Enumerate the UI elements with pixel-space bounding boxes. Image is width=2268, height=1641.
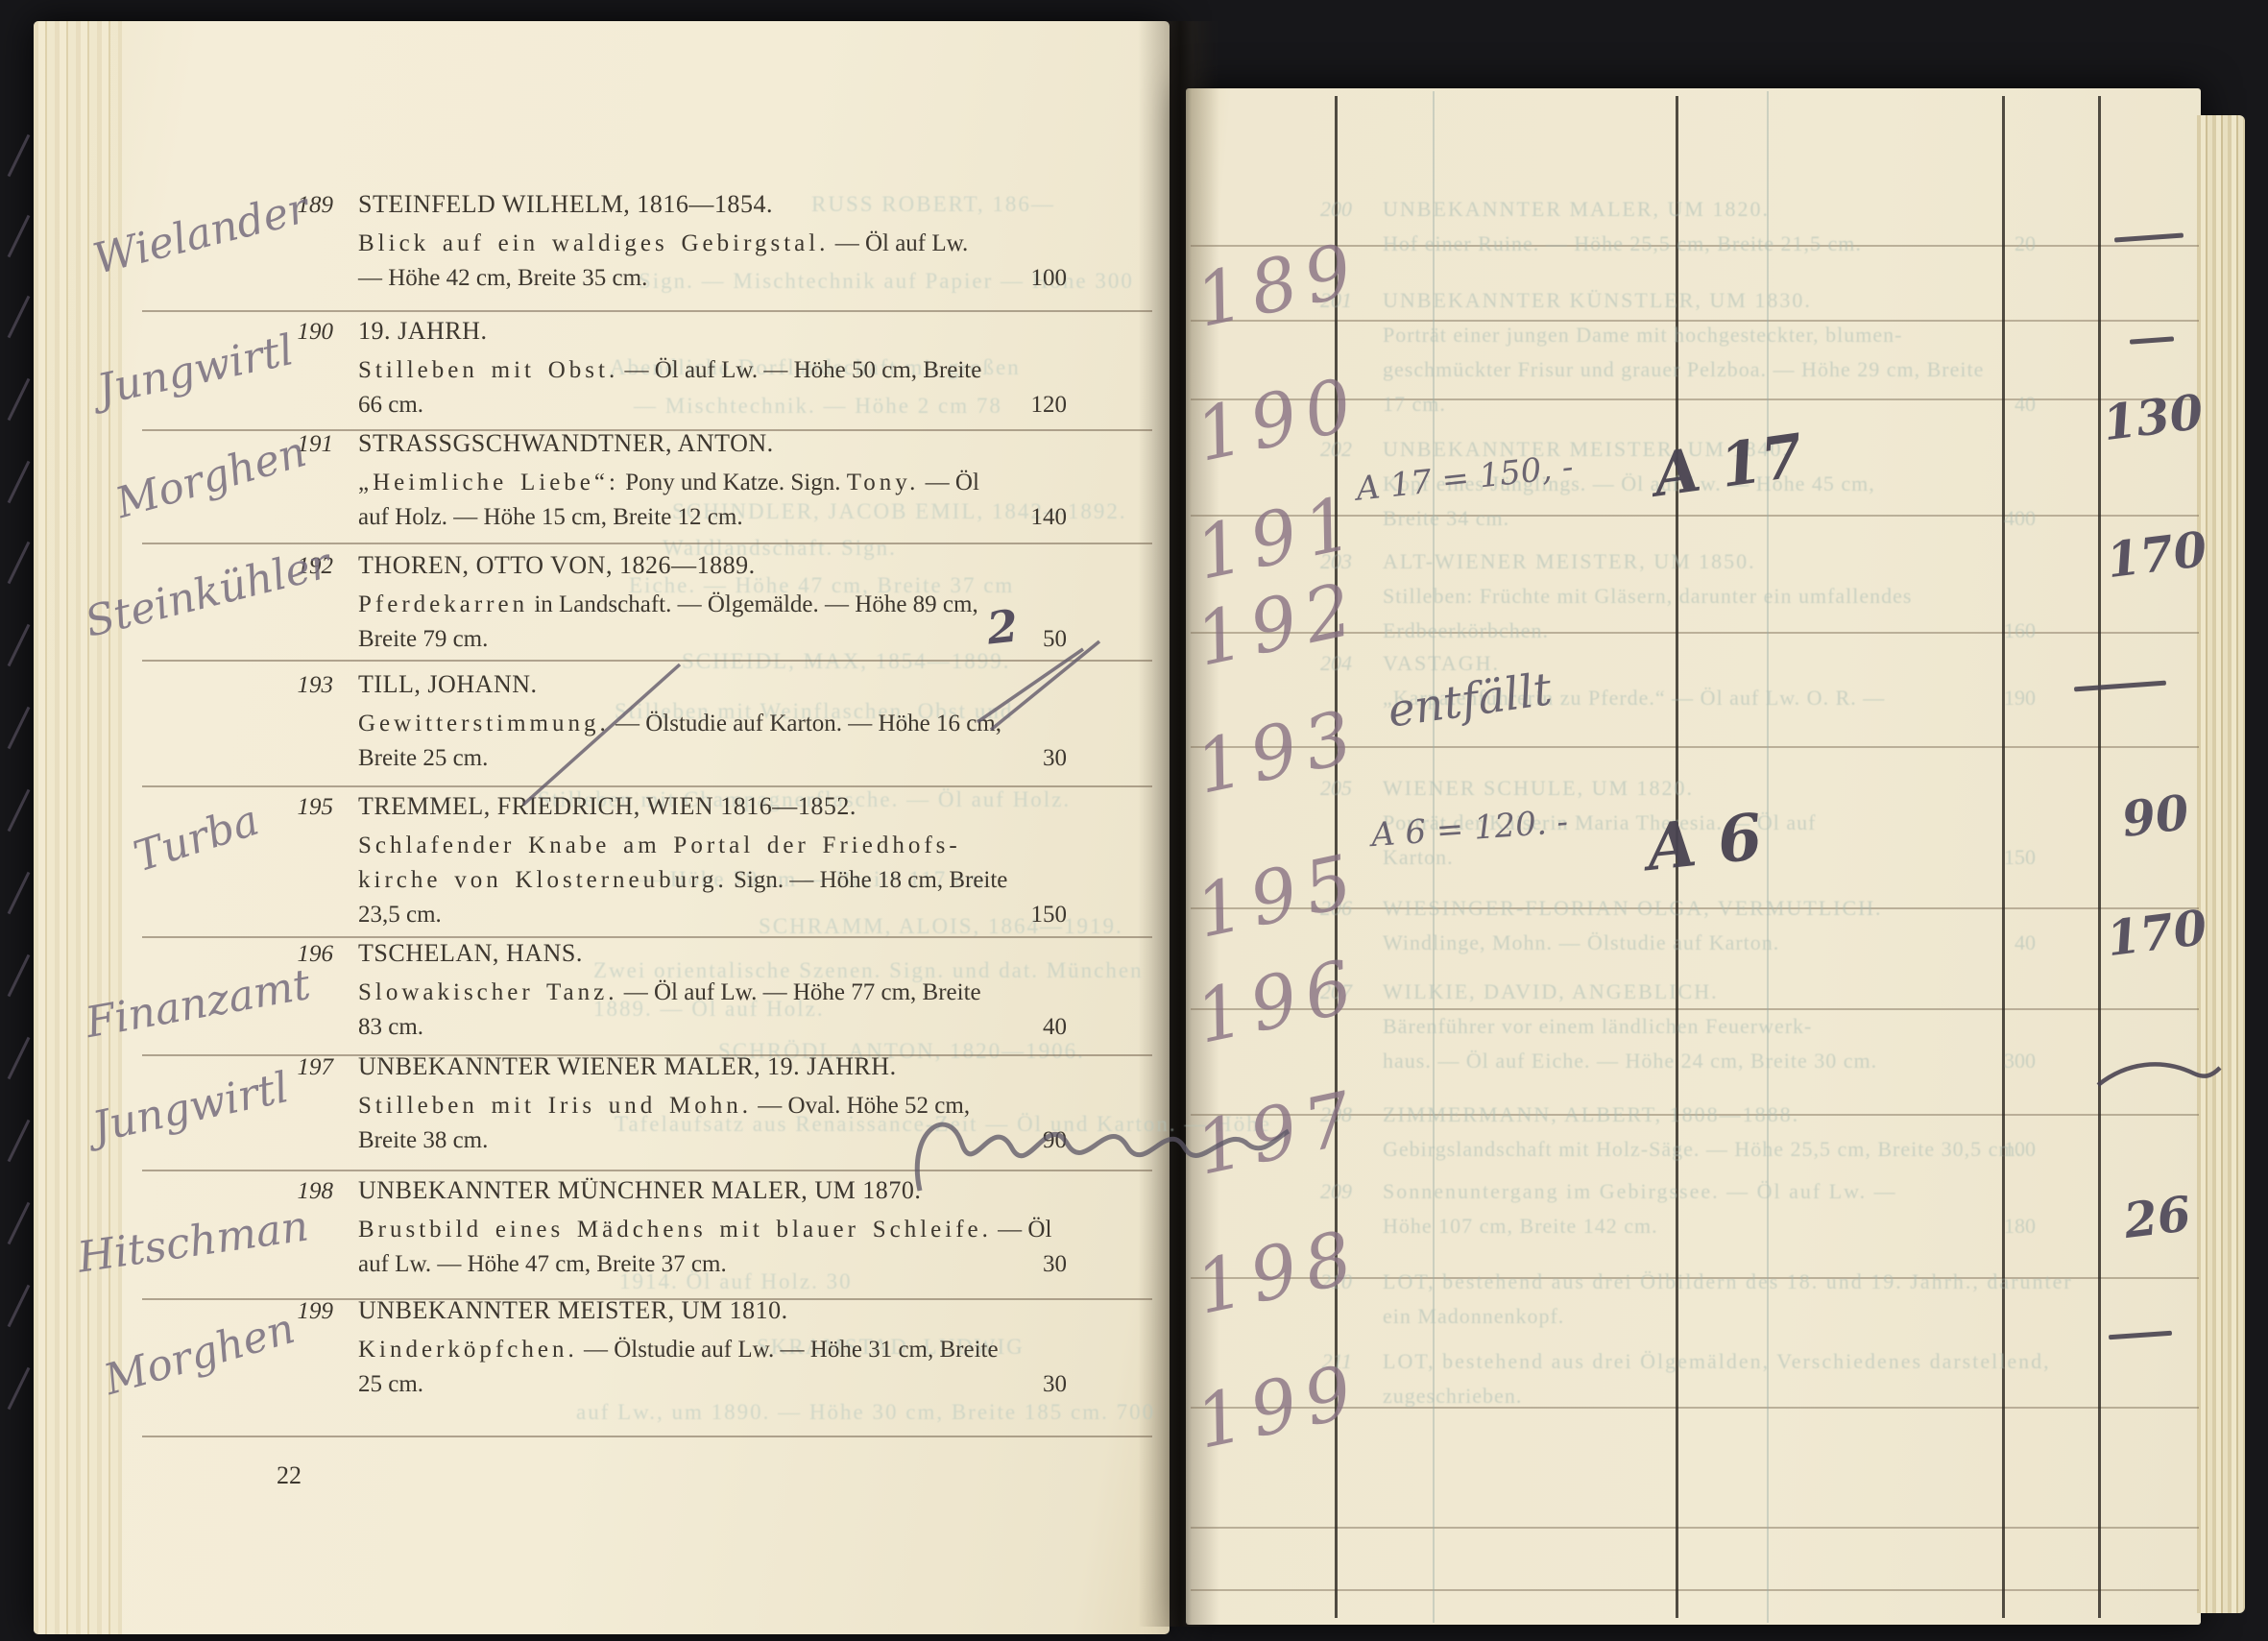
ghost-print-line: — Mischtechnik. — Höhe 2 cm 78: [634, 394, 1002, 419]
estimate-price: 140: [1031, 504, 1068, 531]
entry-text: auf Lw. — Höhe 47 cm, Breite 37 cm.: [358, 1251, 727, 1277]
spaced-title-text: „Heimliche Liebe“:: [358, 470, 619, 495]
entry-text-line: 66 cm.: [358, 392, 423, 419]
entry-text-line: Brustbild eines Mädchens mit blauer Schl…: [358, 1217, 1051, 1243]
estimate-price: 90: [1043, 1127, 1067, 1154]
ghost-print-line: LOT, bestehend aus drei Ölbildern des 18…: [1383, 1269, 2073, 1294]
ledger-column-line: [2098, 96, 2101, 1618]
page-number: 22: [277, 1461, 302, 1490]
ghost-print-line: Sonnenuntergang im Gebirgssee. — Öl auf …: [1383, 1179, 1897, 1204]
checkmark-tick: [8, 1120, 31, 1162]
estimate-price: 40: [1043, 1014, 1067, 1041]
row-separator-line: [142, 543, 1152, 544]
checkmark-tick: [8, 707, 31, 749]
ghost-price: 150: [2004, 845, 2036, 870]
ghost-print-line: Hof einer Ruine. — Höhe 25,5 cm, Breite …: [1383, 231, 1862, 256]
checkmark-tick: [8, 215, 31, 257]
entry-text-line: Blick auf ein waldiges Gebirgstal. — Öl …: [358, 230, 968, 257]
row-separator-line: [142, 660, 1152, 662]
ghost-print-line: zugeschrieben.: [1383, 1384, 1522, 1409]
ledger-rule-line: [1191, 1527, 2199, 1529]
entry-text-line: 25 cm.: [358, 1371, 423, 1398]
spaced-title-text: Tony.: [847, 470, 920, 495]
artist-heading: STRASSGSCHWANDTNER, ANTON.: [358, 429, 1069, 458]
catalog-entry: 195TREMMEL, FRIEDRICH, WIEN 1816—1852.Sc…: [283, 792, 1069, 821]
artist-heading: STEINFELD WILHELM, 1816—1854.: [358, 190, 1069, 219]
checkmark-tick: [8, 1285, 31, 1327]
entry-text: Sign. — Höhe 18 cm, Breite: [728, 867, 1008, 893]
spaced-title-text: Slowakischer Tanz.: [358, 979, 617, 1005]
spaced-title-text: Blick auf ein waldiges Gebirgstal.: [358, 230, 829, 256]
checkmark-tick: [8, 872, 31, 914]
row-separator-line: [142, 1436, 1152, 1437]
entry-text-line: Stilleben mit Iris und Mohn. — Oval. Höh…: [358, 1093, 970, 1120]
ghost-price: 180: [2004, 1214, 2036, 1239]
entry-text-line: Gewitterstimmung. — Ölstudie auf Karton.…: [358, 711, 1001, 737]
catalog-entry: 196TSCHELAN, HANS.Slowakischer Tanz. — Ö…: [283, 939, 1069, 968]
entry-text: 83 cm.: [358, 1014, 423, 1040]
entry-text-line: Breite 79 cm.: [358, 626, 488, 653]
entry-text: — Öl: [919, 470, 979, 495]
ghost-price: 40: [2015, 392, 2036, 417]
ghost-print-line: 17 cm.: [1383, 392, 1446, 417]
spaced-title-text: Gewitterstimmung.: [358, 711, 610, 736]
row-separator-line: [142, 936, 1152, 938]
entry-text-line: 83 cm.: [358, 1014, 423, 1041]
estimate-price: 30: [1043, 1371, 1067, 1398]
estimate-price: 120: [1031, 392, 1068, 419]
hammer-price-handwriting: 90: [2119, 784, 2192, 848]
estimate-price: 30: [1043, 1251, 1067, 1278]
entry-text: — Öl: [992, 1217, 1052, 1243]
ghost-print-line: ALT-WIENER MEISTER, UM 1850.: [1383, 549, 1756, 574]
entry-text: Pony und Katze. Sign.: [619, 470, 847, 495]
spaced-title-text: Pferdekarren: [358, 591, 528, 617]
entry-text: Breite 25 cm.: [358, 745, 488, 771]
spaced-title-text: Kinderköpfchen.: [358, 1337, 578, 1363]
ghost-print-line: Gebirgslandschaft mit Holz-Säge. — Höhe …: [1383, 1137, 2022, 1162]
entry-text-line: Kinderköpfchen. — Ölstudie auf Lw. — Höh…: [358, 1337, 999, 1363]
estimate-price: 30: [1043, 745, 1067, 772]
ghost-print-line: Höhe 107 cm, Breite 142 cm.: [1383, 1214, 1658, 1239]
ghost-print-line: WIESINGER-FLORIAN OLGA, VERMUTLICH.: [1383, 896, 1883, 921]
lot-number: 198: [283, 1178, 333, 1205]
ghost-lot-number: 200: [1294, 197, 1352, 222]
entry-text: — Höhe 42 cm, Breite 35 cm.: [358, 265, 647, 291]
checkmark-tick: [8, 954, 31, 997]
ghost-print-line: auf Lw., um 1890. — Höhe 30 cm, Breite 1…: [576, 1400, 1155, 1425]
ghost-print-line: haus. — Öl auf Eiche. — Höhe 24 cm, Brei…: [1383, 1049, 1877, 1074]
ghost-print-line: WIENER SCHULE, UM 1820.: [1383, 776, 1694, 801]
entry-text: — Öl auf Lw. — Höhe 50 cm, Breite: [618, 357, 981, 383]
entry-text-line: — Höhe 42 cm, Breite 35 cm.: [358, 265, 647, 292]
row-separator-line: [142, 1170, 1152, 1171]
page-edge-stack-right: [2197, 115, 2245, 1613]
catalog-entry: 191STRASSGSCHWANDTNER, ANTON.„Heimliche …: [283, 429, 1069, 458]
ghost-lot-number: 209: [1294, 1179, 1352, 1204]
ghost-print-line: LOT, bestehend aus drei Ölgemälden, Vers…: [1383, 1349, 2051, 1374]
row-separator-line: [142, 785, 1152, 787]
entry-text: — Ölstudie auf Lw. — Höhe 31 cm, Breite: [578, 1337, 999, 1363]
entry-text-line: kirche von Klosterneuburg. Sign. — Höhe …: [358, 867, 1007, 894]
ghost-print-line: ZIMMERMANN, ALBERT, 1808—1888.: [1383, 1102, 1799, 1127]
ghost-print-line: Bärenführer vor einem ländlichen Feuerwe…: [1383, 1014, 1812, 1039]
ghost-print-line: geschmückter Frisur und grauer Pelzboa. …: [1383, 357, 1984, 382]
ghost-print-line: WILKIE, DAVID, ANGEBLICH.: [1383, 979, 1719, 1004]
entry-text: Breite 38 cm.: [358, 1127, 488, 1153]
ghost-print-line: Windlinge, Mohn. — Ölstudie auf Karton.: [1383, 930, 1779, 955]
checkmark-tick: [8, 1037, 31, 1079]
artist-heading: 19. JAHRH.: [358, 317, 1069, 346]
artist-heading: UNBEKANNTER MÜNCHNER MALER, UM 1870.: [358, 1176, 1069, 1205]
catalog-scan: RUSS ROBERT, 186—Sign. — Mischtechnik au…: [0, 0, 2268, 1641]
ghost-price: 400: [2004, 506, 2036, 531]
ghost-price: 100: [2004, 1137, 2036, 1162]
entry-text: in Landschaft. — Ölgemälde. — Höhe 89 cm…: [528, 591, 978, 617]
checkmark-tick: [8, 1367, 31, 1410]
artist-heading: UNBEKANNTER WIENER MALER, 19. JAHRH.: [358, 1052, 1069, 1081]
artist-heading: TSCHELAN, HANS.: [358, 939, 1069, 968]
ledger-rule-line: [1191, 1589, 2199, 1591]
entry-text: — Ölstudie auf Karton. — Höhe 16 cm,: [610, 711, 1001, 736]
checkmark-tick: [8, 296, 31, 338]
spaced-title-text: kirche von Klosterneuburg.: [358, 867, 728, 893]
entry-text: — Oval. Höhe 52 cm,: [752, 1093, 970, 1119]
entry-text-line: Breite 38 cm.: [358, 1127, 488, 1154]
checkmark-tick: [8, 624, 31, 666]
ghost-print-line: Breite 34 cm.: [1383, 506, 1509, 531]
ghost-print-line: Stilleben: Früchte mit Gläsern, darunter…: [1383, 584, 1912, 609]
artist-heading: THOREN, OTTO VON, 1826—1889.: [358, 551, 1069, 580]
catalog-entry: 19019. JAHRH.Stilleben mit Obst. — Öl au…: [283, 317, 1069, 346]
handwritten-price-digit: 2: [984, 599, 1020, 654]
entry-text: 25 cm.: [358, 1371, 423, 1397]
entry-text-line: Breite 25 cm.: [358, 745, 488, 772]
entry-text: Breite 79 cm.: [358, 626, 488, 652]
entry-text-line: Schlafender Knabe am Portal der Friedhof…: [358, 833, 961, 859]
catalog-entry: 199UNBEKANNTER MEISTER, UM 1810.Kinderkö…: [283, 1296, 1069, 1325]
spaced-title-text: Stilleben mit Obst.: [358, 357, 618, 383]
spaced-title-text: Schlafender Knabe am Portal der Friedhof…: [358, 833, 961, 858]
checkmark-tick: [8, 789, 31, 832]
entry-text-line: „Heimliche Liebe“: Pony und Katze. Sign.…: [358, 470, 979, 496]
ghost-print-line: UNBEKANNTER MALER, UM 1820.: [1383, 197, 1770, 222]
ghost-print-line: UNBEKANNTER KÜNSTLER, UM 1830.: [1383, 288, 1812, 313]
checkmark-tick: [8, 461, 31, 503]
entry-text: — Öl auf Lw.: [829, 230, 968, 256]
spaced-title-text: Brustbild eines Mädchens mit blauer Schl…: [358, 1217, 992, 1243]
checkmark-tick: [8, 542, 31, 584]
checkmark-tick: [8, 378, 31, 421]
lot-number: 193: [283, 672, 333, 699]
entry-text: — Öl auf Lw. — Höhe 77 cm, Breite: [617, 979, 980, 1005]
lot-number: 195: [283, 794, 333, 821]
entry-text: 66 cm.: [358, 392, 423, 418]
checkmark-tick: [8, 134, 31, 177]
hammer-price-handwriting: 170: [2104, 899, 2210, 967]
catalog-entry: 193TILL, JOHANN.Gewitterstimmung. — Ölst…: [283, 670, 1069, 699]
estimate-price: 150: [1031, 902, 1068, 929]
note-handwriting: A 6: [1643, 799, 1766, 885]
catalog-entry: 192THOREN, OTTO VON, 1826—1889.Pferdekar…: [283, 551, 1069, 580]
entry-text-line: auf Lw. — Höhe 47 cm, Breite 37 cm.: [358, 1251, 727, 1278]
spaced-title-text: Stilleben mit Iris und Mohn.: [358, 1093, 752, 1119]
artist-heading: UNBEKANNTER MEISTER, UM 1810.: [358, 1296, 1069, 1325]
estimate-price: 100: [1031, 265, 1068, 292]
catalog-entry: 197UNBEKANNTER WIENER MALER, 19. JAHRH.S…: [283, 1052, 1069, 1081]
hammer-price-handwriting: 170: [2104, 520, 2210, 589]
ghost-print-line: Erdbeerkörbchen.: [1383, 618, 1549, 643]
ghost-print-line: Porträt einer jungen Dame mit hochgestec…: [1383, 323, 1902, 348]
ghost-price: 300: [2004, 1049, 2036, 1074]
ledger-faint-column-line: [1767, 91, 1769, 1623]
ghost-price: 40: [2015, 930, 2036, 955]
entry-text-line: 23,5 cm.: [358, 902, 442, 929]
entry-text: auf Holz. — Höhe 15 cm, Breite 12 cm.: [358, 504, 743, 530]
ledger-rule-line: [1191, 320, 2199, 322]
lot-number: 197: [283, 1054, 333, 1081]
ghost-price: 20: [2015, 231, 2036, 256]
entry-text-line: Slowakischer Tanz. — Öl auf Lw. — Höhe 7…: [358, 979, 981, 1006]
hammer-price-handwriting: 130: [2100, 383, 2207, 451]
artist-heading: TREMMEL, FRIEDRICH, WIEN 1816—1852.: [358, 792, 1069, 821]
row-separator-line: [142, 310, 1152, 312]
catalog-entry: 189STEINFELD WILHELM, 1816—1854.Blick au…: [283, 190, 1069, 219]
checkmark-tick: [8, 1202, 31, 1244]
hammer-price-handwriting: 26: [2121, 1185, 2194, 1249]
entry-text-line: Pferdekarren in Landschaft. — Ölgemälde.…: [358, 591, 978, 618]
ghost-price: 160: [2004, 618, 2036, 643]
ghost-price: 190: [2004, 686, 2036, 711]
catalog-entry: 198UNBEKANNTER MÜNCHNER MALER, UM 1870.B…: [283, 1176, 1069, 1205]
entry-text-line: auf Holz. — Höhe 15 cm, Breite 12 cm.: [358, 504, 743, 531]
entry-text: 23,5 cm.: [358, 902, 442, 928]
estimate-price: 50: [1043, 626, 1067, 653]
entry-text-line: Stilleben mit Obst. — Öl auf Lw. — Höhe …: [358, 357, 981, 384]
ghost-print-line: ein Madonnenkopf.: [1383, 1304, 1564, 1329]
artist-heading: TILL, JOHANN.: [358, 670, 1069, 699]
